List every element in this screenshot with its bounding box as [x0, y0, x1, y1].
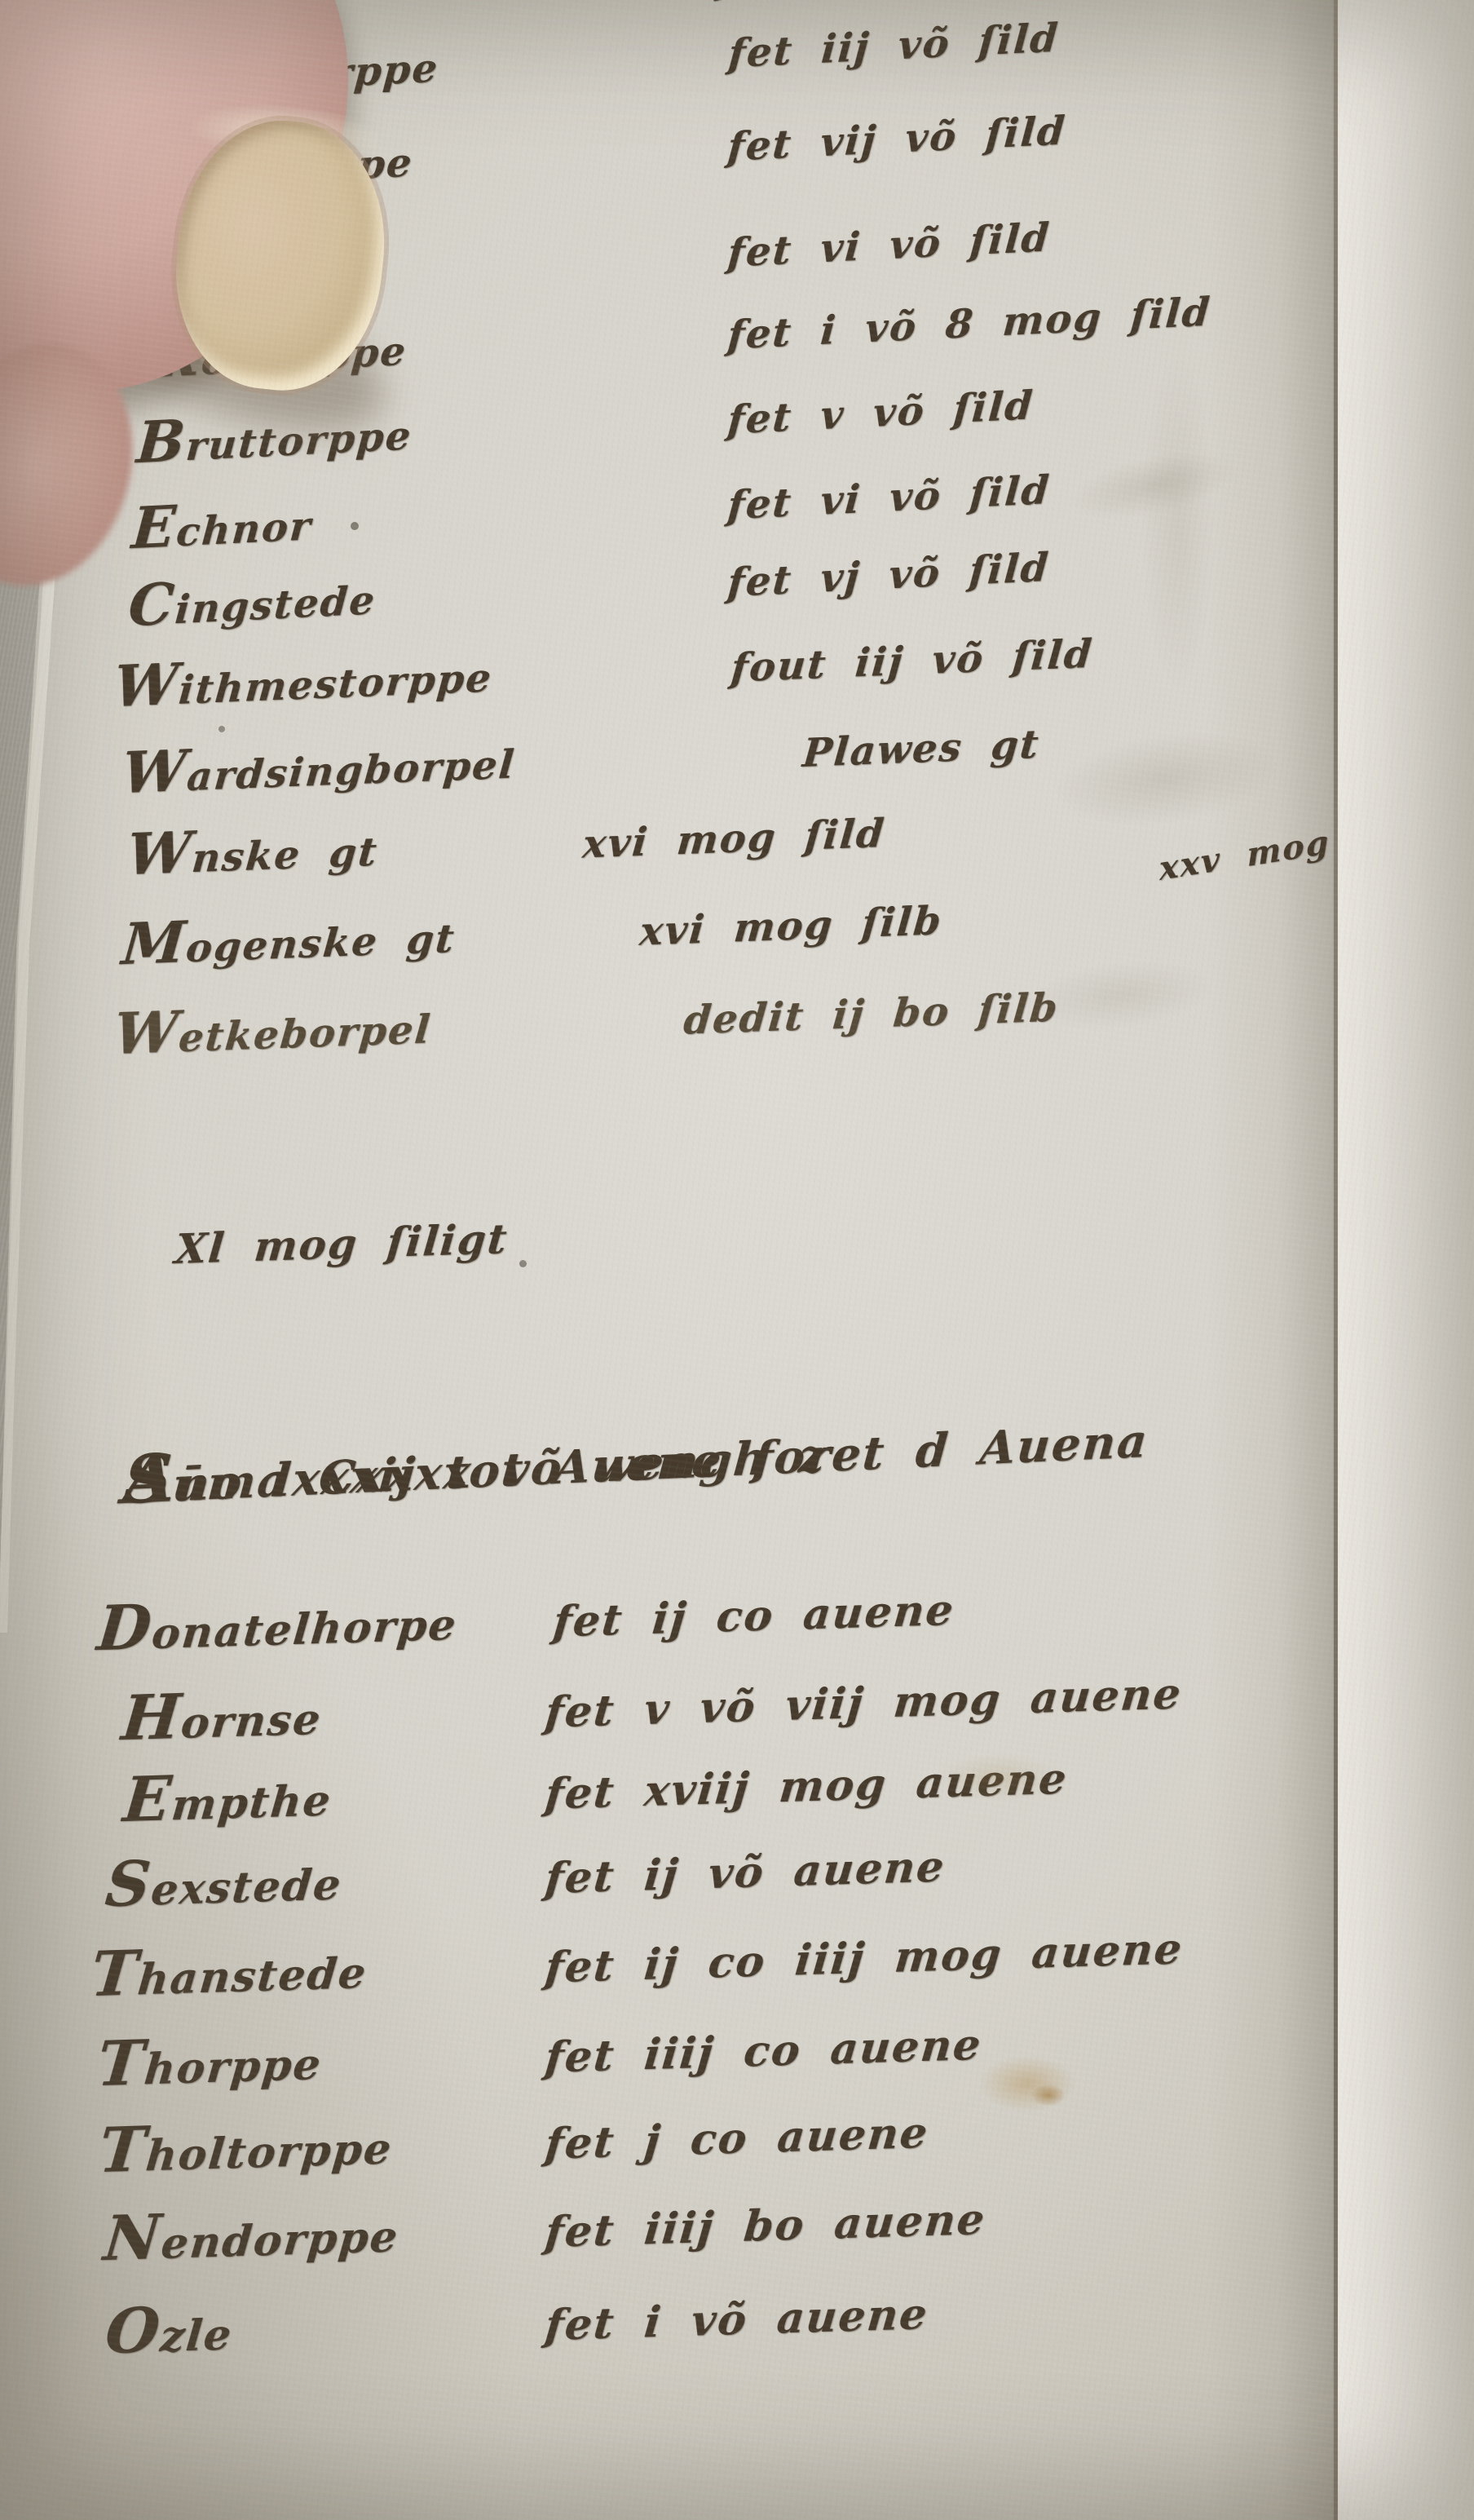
- place-name: Wetkeborpel: [111, 981, 687, 1068]
- amount: fout iij võ ſild: [729, 631, 1095, 692]
- amount: fet i võ 8 mog ſild: [726, 289, 1213, 358]
- manuscript-photo: ſet võ ſild Tholtorppe fet iij võ ſild N…: [0, 0, 1474, 2520]
- amount: fet ij co iiij mog auene: [543, 1924, 1185, 1992]
- place-name: Mogenske gt: [120, 893, 644, 979]
- place-name: Sexstede: [103, 1835, 549, 1921]
- next-leaf-texture: [1338, 0, 1474, 2520]
- place-name: Ozle: [103, 2282, 549, 2367]
- amount: fet vij võ ſild: [726, 108, 1068, 170]
- ledger-row: Mogenske gt xvi mog ſilb: [120, 882, 947, 978]
- ink-showthrough: [1047, 718, 1286, 839]
- amount: fet ij võ auene: [543, 1841, 947, 1903]
- ink-speck: [218, 726, 225, 732]
- amount: fet i võ auene: [543, 2289, 930, 2350]
- ledger-row: Ozle fet i võ auene: [103, 2270, 933, 2367]
- amount: fet ij co auene: [551, 1585, 957, 1647]
- ledger-row: Tholtorppe fet j co auene: [96, 2089, 933, 2186]
- amount: dedit ij bo ſilb: [682, 984, 1061, 1043]
- ledger-row: Empthe fet xviij mog auene: [121, 1735, 1072, 1836]
- place-name: Hornse: [119, 1669, 549, 1754]
- place-name: Tholtorppe: [96, 2101, 549, 2187]
- ledger-row: Wetkeborpel dedit ij bo ſilb: [111, 968, 1061, 1068]
- partial-top-line: ſet võ ſild: [716, 0, 973, 3]
- place-name: Nendorppe: [101, 2189, 549, 2275]
- summary-line: Xl mog ſiligt: [173, 1214, 510, 1273]
- amount: fet v võ ſild: [726, 382, 1036, 444]
- ledger-row: Wnske gt xvi mog ſild: [125, 794, 889, 888]
- amount: fet vi võ ſild: [726, 214, 1053, 276]
- fold-crease: [1334, 0, 1338, 2520]
- amount: fet vj võ ſild: [726, 545, 1052, 607]
- amount: Plawes gt: [801, 722, 1041, 776]
- ledger-row: Sexstede fet ij võ auene: [103, 1823, 950, 1921]
- amount: fet iiij co auene: [543, 2020, 984, 2083]
- ink-showthrough: [1064, 440, 1243, 531]
- next-leaf: [1338, 0, 1474, 2520]
- ink-speck: [519, 1260, 527, 1267]
- place-name: Donatelhorpe: [95, 1578, 558, 1665]
- ledger-row: Donatelhorpe fet ij co auene: [95, 1567, 959, 1665]
- place-name: Wnske gt: [125, 805, 587, 888]
- amount: fet vi võ ſild: [726, 467, 1053, 529]
- ledger-row: Nendorppe fet iiij bo auene: [101, 2176, 990, 2275]
- stain: [1032, 2085, 1065, 2106]
- place-name: Empthe: [121, 1750, 549, 1836]
- place-name: Withmestorppe: [112, 629, 735, 720]
- ledger-row: Thanstede fet ij co iiij mog auene: [88, 1905, 1187, 2010]
- place-name: Thanstede: [88, 1924, 549, 2010]
- stain: [978, 2055, 1076, 2112]
- amount: fet j co auene: [543, 2108, 931, 2169]
- place-name: Thorppe: [95, 2014, 549, 2101]
- section-heading: Ano lxxxij tot Auene foret d Auena: [121, 1395, 1152, 1520]
- gutter-shadow: [1207, 0, 1337, 2520]
- amount: xvi mog ſild: [581, 811, 888, 868]
- ink-showthrough: [1141, 351, 1215, 693]
- ledger-row: Thorppe fet iiij co auene: [95, 2001, 986, 2100]
- amount: fet iij võ ſild: [727, 15, 1061, 77]
- amount: xvi mog ſilb: [638, 898, 945, 955]
- margin-note: xxv mog: [1158, 823, 1331, 888]
- ledger-row: Wardsingborpel Plawes gt: [120, 705, 1044, 807]
- amount: fet xviij mog auene: [543, 1754, 1070, 1819]
- amount: fet iiij bo auene: [543, 2195, 988, 2257]
- amount: fet v võ viij mog auene: [543, 1669, 1185, 1737]
- place-name: Wardsingborpel: [120, 714, 806, 807]
- place-name: Cingstede: [126, 544, 730, 639]
